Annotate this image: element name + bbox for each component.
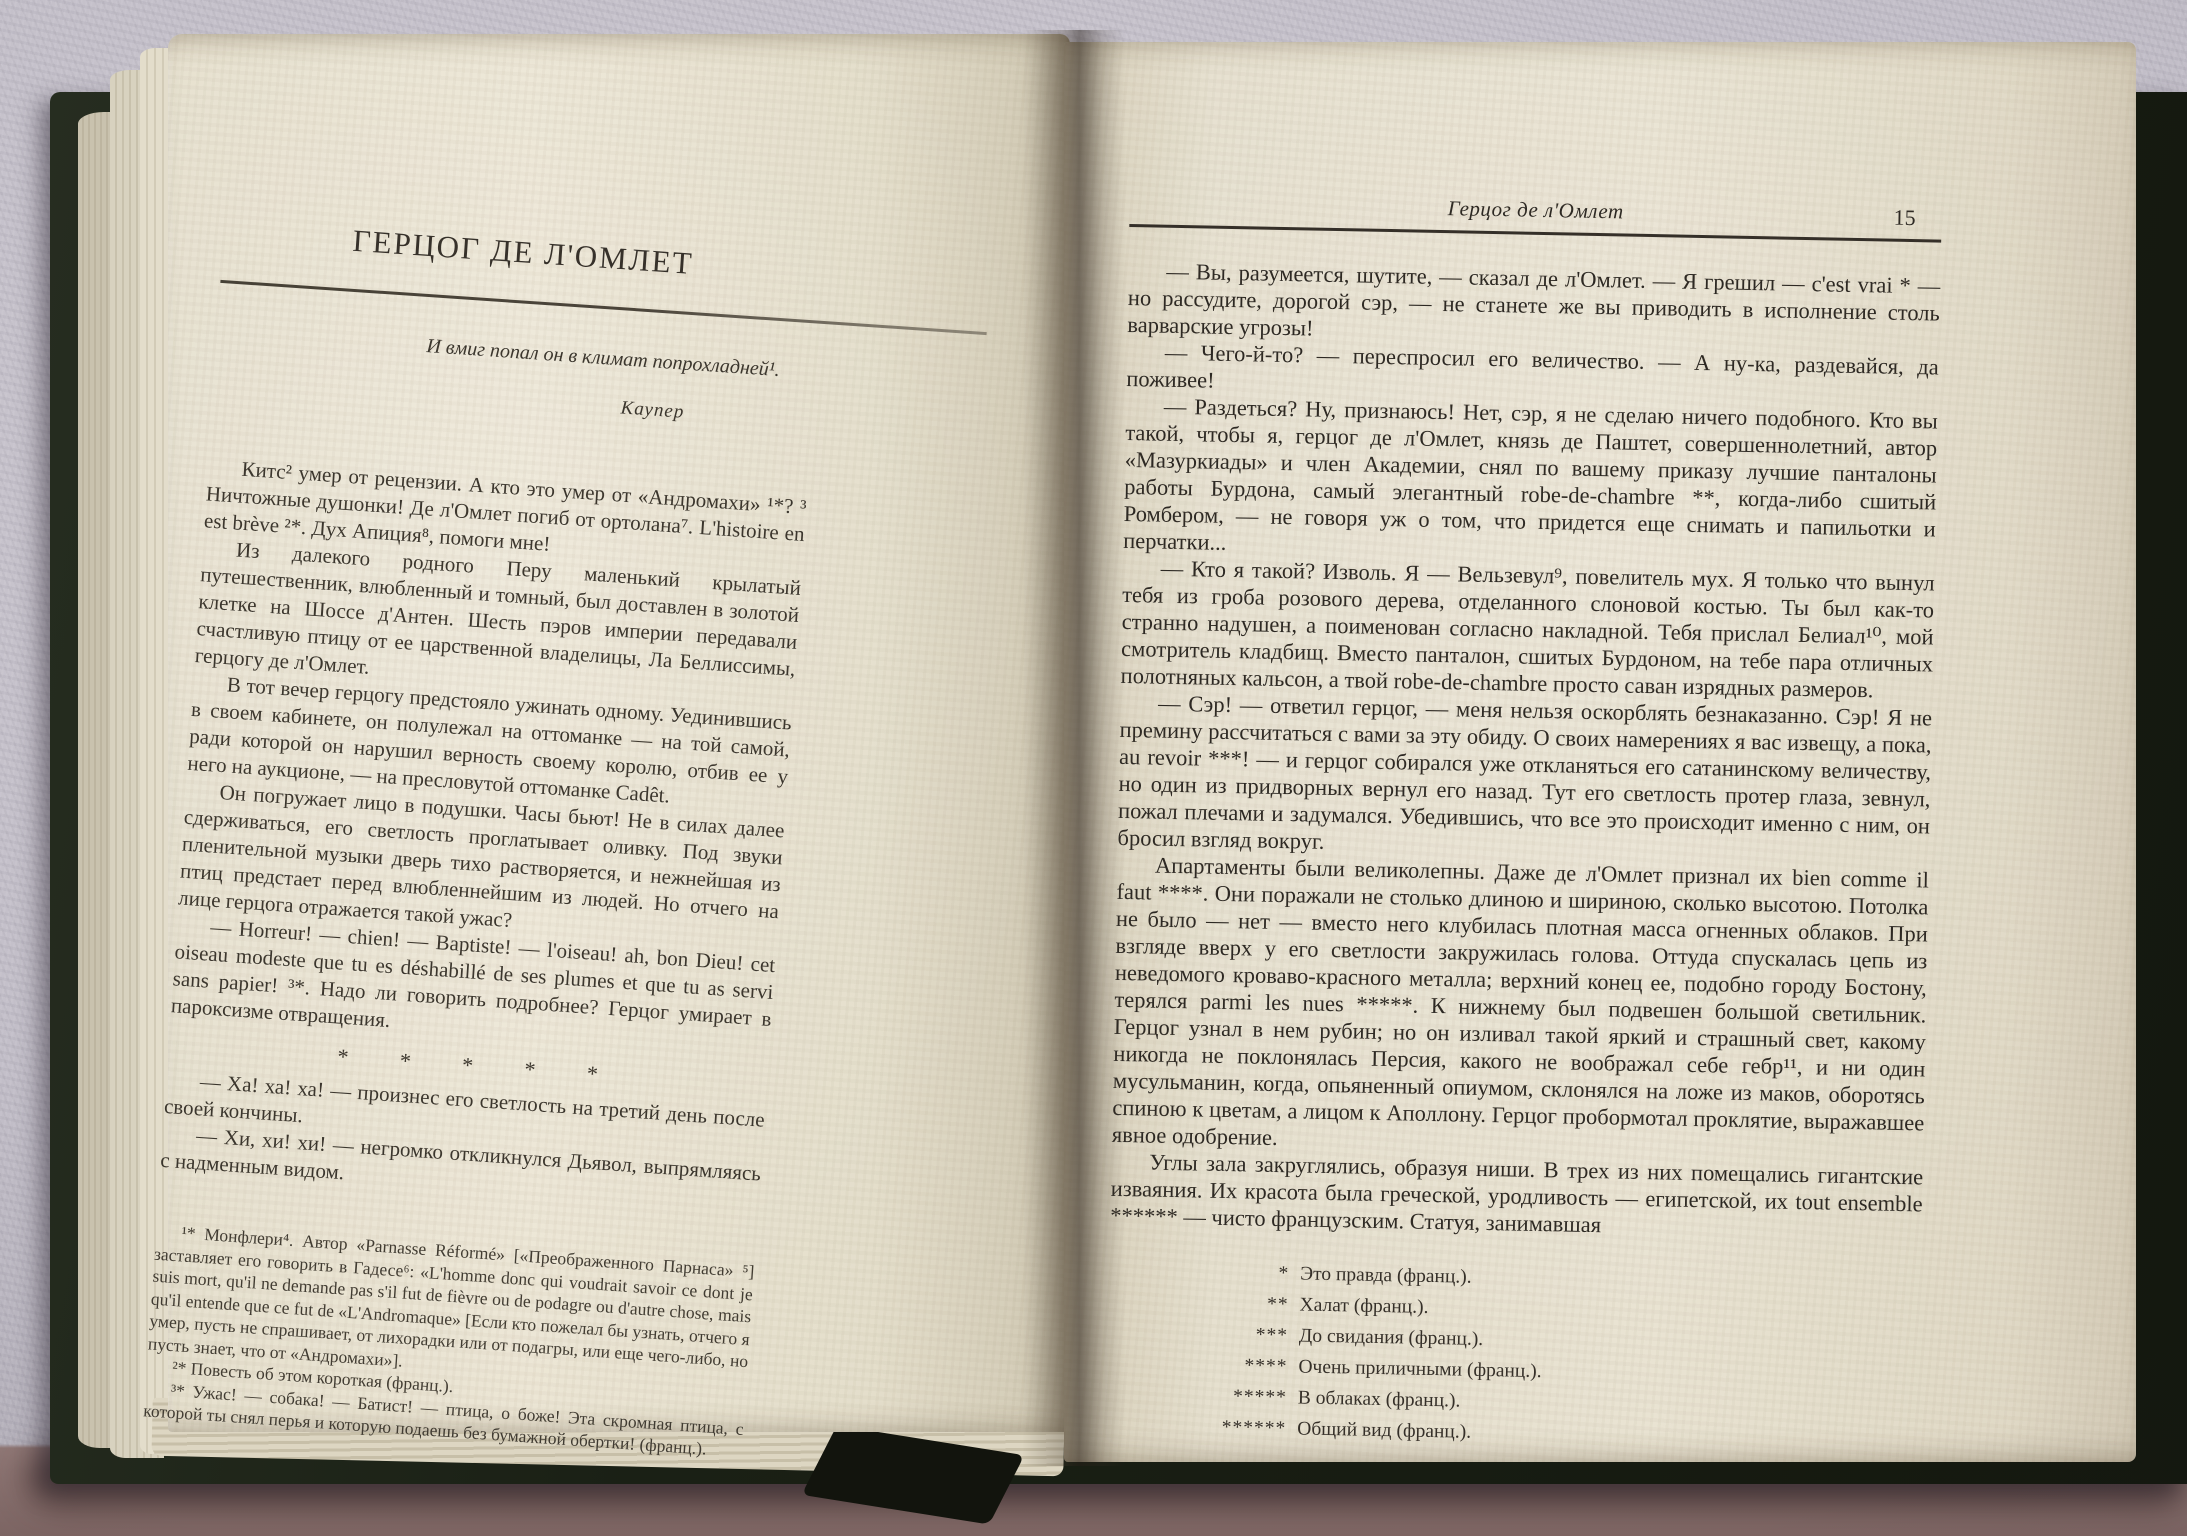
body-paragraph: Углы зала закруглялись, образуя ниши. В …	[1110, 1147, 1923, 1244]
left-footnotes: ¹* Монфлери⁴. Автор «Parnasse Réformé» […	[143, 1220, 755, 1463]
body-paragraph: — Сэр! — ответил герцог, — меня нельзя о…	[1117, 688, 1932, 866]
footnote-marker: ******	[1166, 1410, 1298, 1444]
footnote-marker: ***	[1168, 1317, 1300, 1351]
epigraph: И вмиг попал он в климат попрохладней¹. …	[213, 321, 816, 433]
epigraph-attribution: Каупер	[620, 397, 813, 432]
right-page-text: Герцог де л'Омлет 15 — Вы, разумеется, ш…	[1106, 190, 1942, 1456]
right-footnotes: * Это правда (франц.). ** Халат (франц.)…	[1166, 1255, 1921, 1455]
left-body: Китс² умер от рецензии. А кто это умер о…	[160, 453, 808, 1214]
left-page: ГЕРЦОГ ДЕ Л'ОМЛЕТ И вмиг попал он в клим…	[168, 34, 1070, 1432]
footnote-marker: *	[1169, 1255, 1301, 1289]
photo-stage: ГЕРЦОГ ДЕ Л'ОМЛЕТ И вмиг попал он в клим…	[0, 0, 2187, 1536]
right-body: — Вы, разумеется, шутите, — сказал де л'…	[1110, 256, 1941, 1243]
left-page-text: ГЕРЦОГ ДЕ Л'ОМЛЕТ И вмиг попал он в клим…	[143, 214, 824, 1463]
footnote-marker: ****	[1167, 1348, 1299, 1382]
running-header: Герцог де л'Омлет 15	[1130, 190, 1942, 231]
body-paragraph: — Раздеться? Ну, признаюсь! Нет, сэр, я …	[1123, 391, 1938, 569]
page-number: 15	[1893, 205, 1915, 231]
body-paragraph: Апартаменты были великолепны. Даже де л'…	[1112, 850, 1930, 1163]
title-rule	[220, 280, 986, 335]
body-paragraph: — Вы, разумеется, шутите, — сказал де л'…	[1127, 256, 1940, 353]
footnote-marker: **	[1168, 1286, 1300, 1320]
footnote-marker: *****	[1167, 1379, 1299, 1413]
running-title: Герцог де л'Омлет	[1448, 196, 1624, 223]
body-paragraph: — Кто я такой? Изволь. Я — Вельзевул⁹, п…	[1120, 553, 1934, 704]
epigraph-line: И вмиг попал он в климат попрохладней¹.	[426, 335, 817, 384]
chapter-title: ГЕРЦОГ ДЕ Л'ОМЛЕТ	[223, 214, 824, 291]
right-page: Герцог де л'Омлет 15 — Вы, разумеется, ш…	[1064, 42, 2136, 1462]
